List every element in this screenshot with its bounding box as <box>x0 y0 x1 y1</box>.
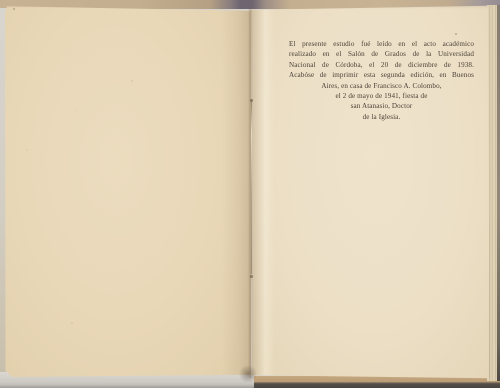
paper-specks <box>455 33 457 35</box>
right-page-colophon: El presente estudio fué leído en el acto… <box>251 5 490 379</box>
colophon-line: de la Iglesia. <box>289 112 474 122</box>
left-page-blank <box>5 4 251 377</box>
colophon-line: san Atanasio, Doctor <box>289 101 474 111</box>
colophon-line: Aires, en casa de Francisco A. Colombo, <box>289 81 474 91</box>
colophon-line: Acabóse de imprimir esta segunda edición… <box>289 70 474 80</box>
gutter-crease-line <box>251 102 252 274</box>
open-book-photo: El presente estudio fué leído en el acto… <box>0 0 500 388</box>
colophon-text-block: El presente estudio fué leído en el acto… <box>289 39 474 122</box>
colophon-line: realizado en el Salón de Grados de la Un… <box>289 49 474 59</box>
colophon-line: El presente estudio fué leído en el acto… <box>289 39 474 49</box>
colophon-line: Nacional de Córdoba, el 20 de diciembre … <box>289 60 474 70</box>
paper-specks <box>13 8 15 10</box>
gutter-bottom-shadow <box>238 364 258 382</box>
colophon-line: el 2 de mayo de 1941, fiesta de <box>289 91 474 101</box>
